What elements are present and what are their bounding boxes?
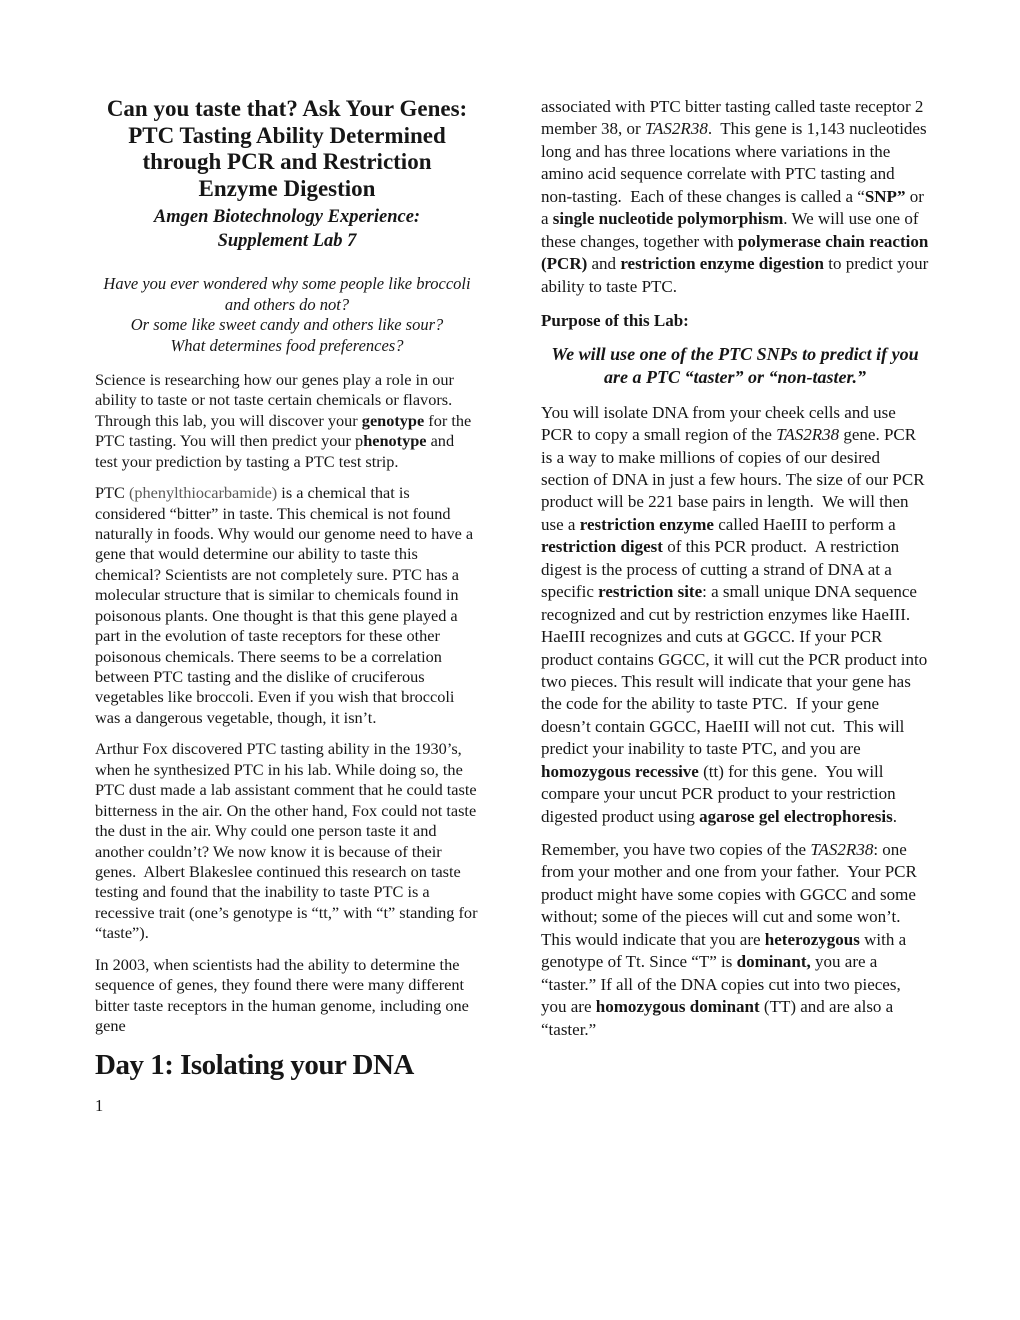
purpose-heading: Purpose of this Lab: [541, 311, 929, 331]
paragraph-tas2r38-gene: associated with PTC bitter tasting calle… [541, 96, 929, 298]
intro-questions: Have you ever wondered why some people l… [95, 274, 479, 357]
page-number: 1 [95, 1096, 479, 1116]
day1-heading: Day 1: Isolating your DNA [95, 1049, 479, 1082]
paragraph-ptc-chemical: PTC (phenylthiocarbamide) is a chemical … [95, 483, 479, 728]
document-title: Can you taste that? Ask Your Genes:PTC T… [95, 96, 479, 203]
paragraph-isolate-dna: You will isolate DNA from your cheek cel… [541, 402, 929, 828]
right-column: associated with PTC bitter tasting calle… [541, 96, 929, 1320]
left-column: Can you taste that? Ask Your Genes:PTC T… [95, 96, 479, 1320]
paragraph-2003-sequencing: In 2003, when scientists had the ability… [95, 955, 479, 1037]
purpose-statement: We will use one of the PTC SNPs to predi… [541, 343, 929, 390]
paragraph-science-research: Science is researching how our genes pla… [95, 370, 479, 472]
document-subtitle: Amgen Biotechnology Experience:Supplemen… [95, 205, 479, 253]
paragraph-arthur-fox: Arthur Fox discovered PTC tasting abilit… [95, 739, 479, 943]
paragraph-remember-two-copies: Remember, you have two copies of the TAS… [541, 839, 929, 1041]
document-page: Can you taste that? Ask Your Genes:PTC T… [0, 0, 1020, 1320]
